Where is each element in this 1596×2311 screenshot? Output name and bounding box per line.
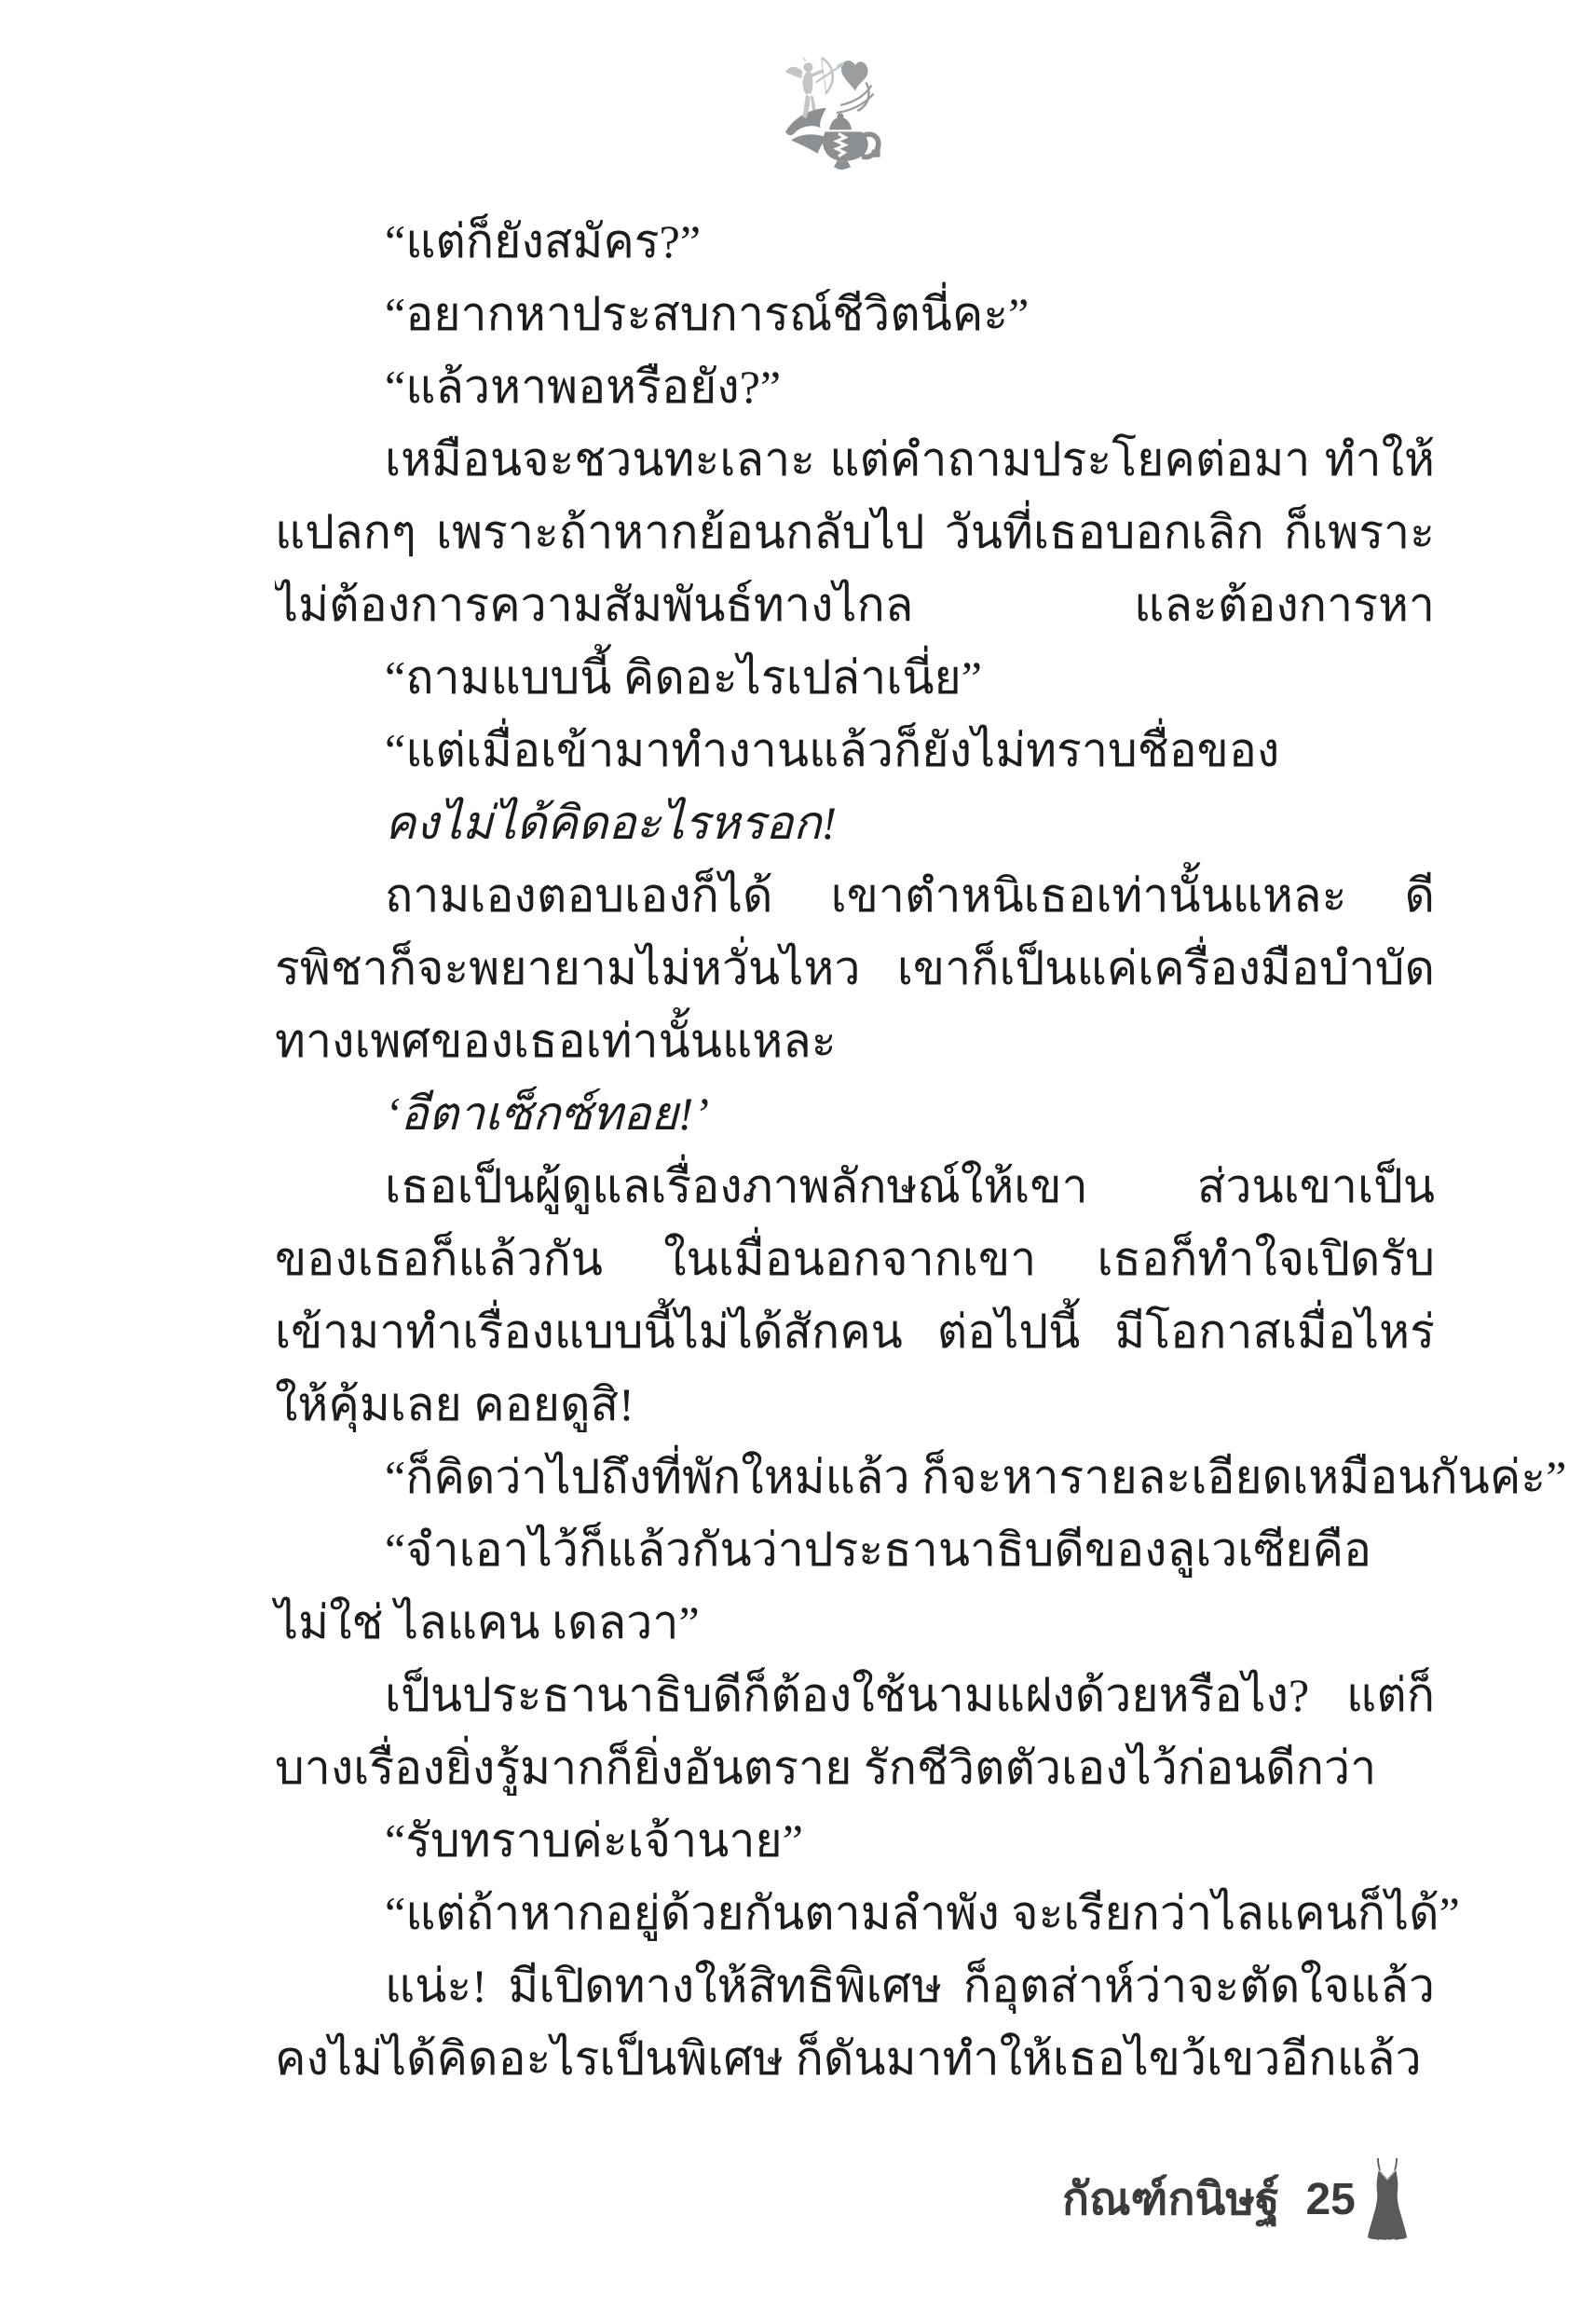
text-line: เป็นประธานาธิบดีก็ต้องใช้นามแฝงด้วยหรือไ… xyxy=(275,1659,1435,1731)
body-text: “แต่ก็ยังสมัคร?” “อยากหาประสบการณ์ชีวิตน… xyxy=(0,205,1596,2095)
text-line: คงไม่ได้คิดอะไรหรอก! xyxy=(275,786,1435,859)
text-line: “ก็คิดว่าไปถึงที่พักใหม่แล้ว ก็จะหารายละ… xyxy=(275,1441,1435,1513)
text-line: คงไม่ได้คิดอะไรเป็นพิเศษ ก็ดันมาทำให้เธอ… xyxy=(275,2022,1435,2095)
text-line: รพิชาก็จะพยายามไม่หวั่นไหว เขาก็เป็นแค่เ… xyxy=(275,932,1435,1005)
text-line: “ถามแบบนี้ คิดอะไรเปล่าเนี่ย” xyxy=(275,641,1435,714)
text-line: ‘อีตาเซ็กซ์ทอย!’ xyxy=(275,1077,1435,1150)
page-number: 25 xyxy=(1305,2173,1355,2227)
cupid-lamp-icon xyxy=(784,56,897,170)
text-line: “แต่ก็ยังสมัคร?” xyxy=(275,205,1435,278)
book-page: “แต่ก็ยังสมัคร?” “อยากหาประสบการณ์ชีวิตน… xyxy=(0,0,1596,2311)
text-line: เข้ามาทำเรื่องแบบนี้ไม่ได้สักคน ต่อไปนี้… xyxy=(275,1295,1435,1368)
text-line: ให้คุ้มเลย คอยดูสิ! xyxy=(275,1368,1435,1441)
text-line: “แล้วหาพอหรือยัง?” xyxy=(275,350,1435,423)
text-line: บางเรื่องยิ่งรู้มากก็ยิ่งอันตราย รักชีวิ… xyxy=(275,1731,1435,1804)
text-line: ทางเพศของเธอเท่านั้นแหละ xyxy=(275,1005,1435,1077)
text-line: “แต่เมื่อเข้ามาทำงานแล้วก็ยังไม่ทราบชื่อ… xyxy=(275,714,1435,786)
text-line: “อยากหาประสบการณ์ชีวิตนี่คะ” xyxy=(275,278,1435,350)
text-line: ถามเองตอบเองก็ได้ เขาตำหนิเธอเท่านั้นแหล… xyxy=(275,859,1435,932)
text-line: เธอเป็นผู้ดูแลเรื่องภาพลักษณ์ให้เขา ส่วน… xyxy=(275,1150,1435,1223)
text-line: ของเธอก็แล้วกัน ในเมื่อนอกจากเขา เธอก็ทำ… xyxy=(275,1223,1435,1295)
footer-dress xyxy=(1366,2156,1409,2244)
header-ornament xyxy=(784,56,897,170)
text-line: “จำเอาไว้ก็แล้วกันว่าประธานาธิบดีของลูเว… xyxy=(275,1513,1435,1586)
footer: กัณฑ์กนิษฐ์ 25 xyxy=(1062,2173,1356,2227)
text-line: ไม่ใช่ ไลแคน เดลวา” xyxy=(275,1586,1435,1659)
text-line: แน่ะ! มีเปิดทางให้สิทธิพิเศษ ก็อุตส่าห์ว… xyxy=(275,1949,1435,2022)
text-line: ไม่ต้องการความสัมพันธ์ทางไกล และต้องการห… xyxy=(275,568,1435,641)
text-line: “แต่ถ้าหากอยู่ด้วยกันตามลำพัง จะเรียกว่า… xyxy=(275,1877,1435,1949)
text-line: “รับทราบค่ะเจ้านาย” xyxy=(275,1804,1435,1877)
footer-title: กัณฑ์กนิษฐ์ xyxy=(1062,2173,1279,2227)
text-line: แปลกๆ เพราะถ้าหากย้อนกลับไป วันที่เธอบอก… xyxy=(275,496,1435,568)
dress-icon xyxy=(1366,2156,1409,2244)
text-line: เหมือนจะชวนทะเลาะ แต่คำถามประโยคต่อมา ทำ… xyxy=(275,423,1435,496)
